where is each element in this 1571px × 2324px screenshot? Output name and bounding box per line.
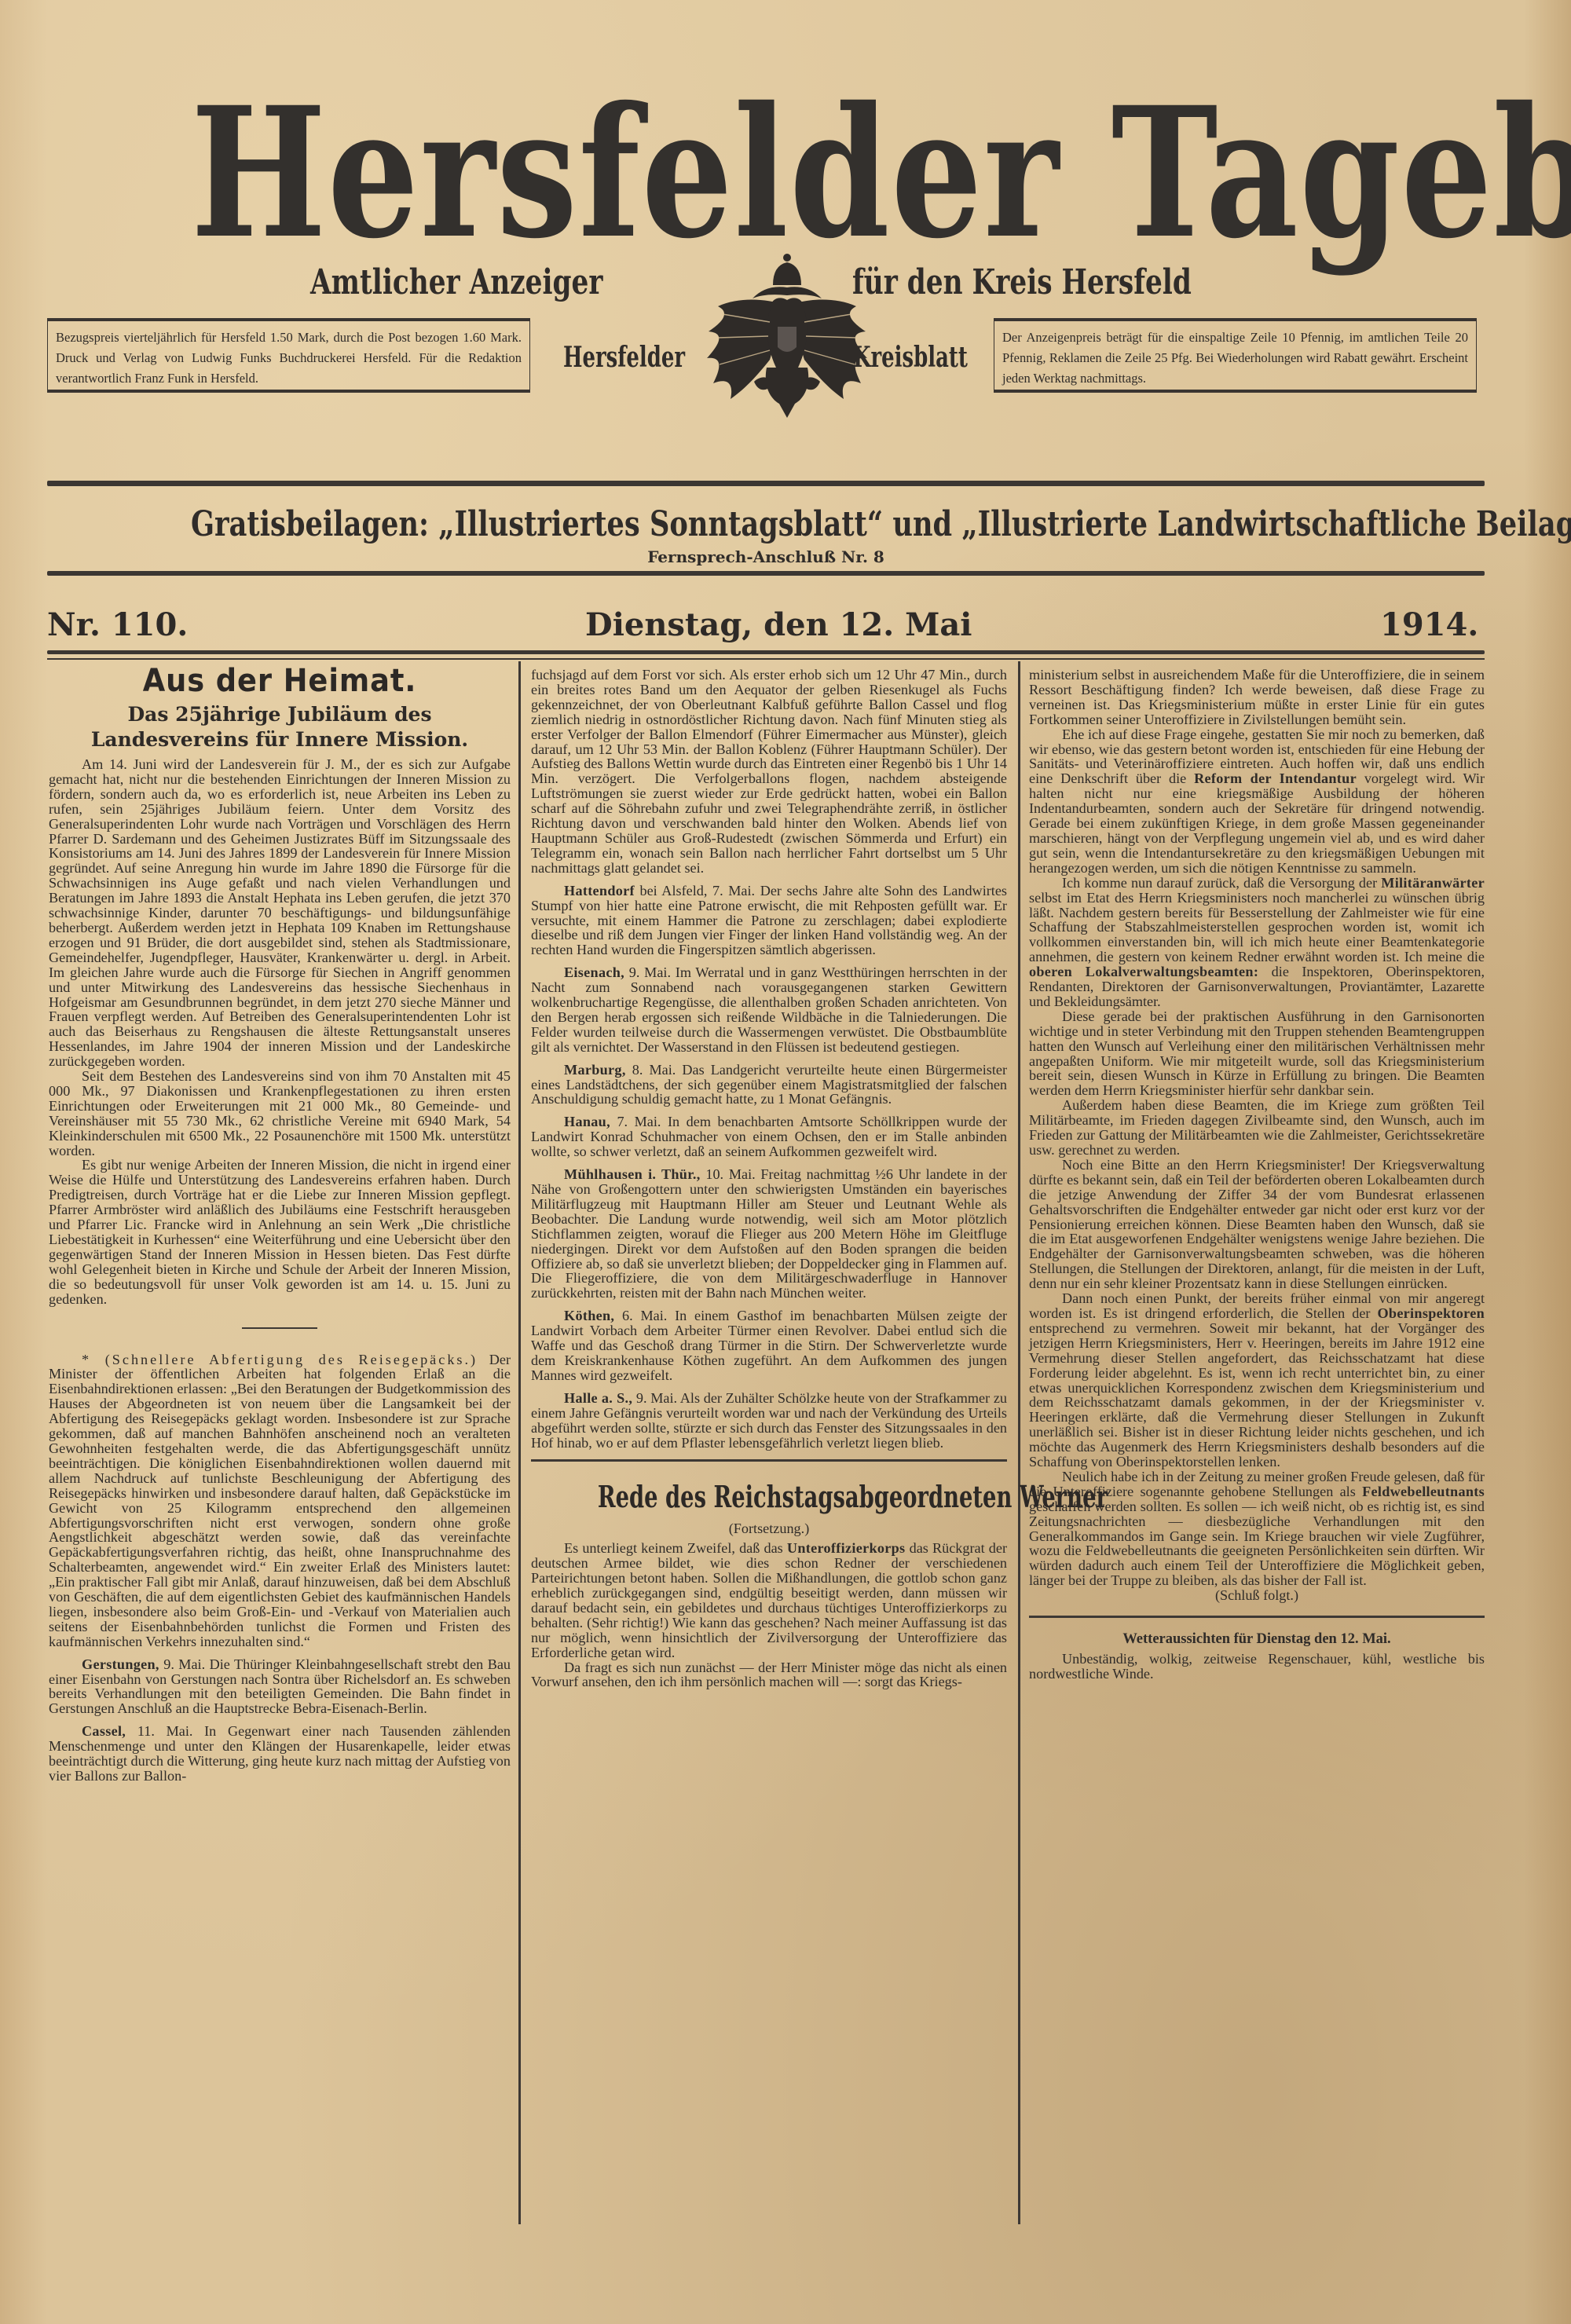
speech-paragraph: Noch eine Bitte an den Herrn Kriegsminis… xyxy=(1029,1158,1485,1291)
news-item: Cassel, 11. Mai. In Gegenwart einer nach… xyxy=(49,1724,511,1784)
news-date: 9. Mai. xyxy=(163,1656,205,1672)
continuation-note: (Schluß folgt.) xyxy=(1029,1588,1485,1603)
news-place: Marburg, xyxy=(564,1062,626,1078)
news-place: Halle a. S., xyxy=(564,1390,632,1406)
newspaper-title: Hersfelder Tageblatt xyxy=(191,75,1341,271)
section-separator xyxy=(531,1459,1007,1462)
side-label-left: Hersfelder xyxy=(563,330,685,385)
speech-paragraph: Dann noch einen Punkt, der bereits frühe… xyxy=(1029,1291,1485,1469)
news-place: Hanau, xyxy=(564,1114,610,1129)
news-date: 10. Mai. xyxy=(705,1166,755,1182)
emphasis: Militäranwärter xyxy=(1381,875,1485,891)
emphasis: Reform der Intendantur xyxy=(1194,770,1357,786)
advertising-rates-box: Der Anzeigenpreis beträgt für die einspa… xyxy=(994,318,1477,393)
article-paragraph: Es gibt nur wenige Arbeiten der Inneren … xyxy=(49,1158,511,1306)
masthead-subtitle-right: für den Kreis Hersfeld xyxy=(852,259,1192,306)
news-date: 8. Mai. xyxy=(632,1062,676,1078)
news-date: 9. Mai. xyxy=(629,964,671,980)
dateline-divider xyxy=(47,650,1485,654)
news-item: Hanau, 7. Mai. In dem benachbarten Amtso… xyxy=(531,1114,1007,1159)
emphasis: Unteroffizierkorps xyxy=(787,1540,906,1556)
right-column: ministerium selbst in ausreichendem Maße… xyxy=(1029,668,1485,1682)
news-item: Eisenach, 9. Mai. Im Werratal und in gan… xyxy=(531,965,1007,1054)
speech-paragraph: Diese gerade bei der praktischen Ausführ… xyxy=(1029,1009,1485,1098)
masthead-divider-bottom xyxy=(47,571,1485,576)
article-title: Das 25jährige Jubiläum des Landesvereins… xyxy=(49,702,511,752)
speech-paragraph: Ehe ich auf diese Frage eingehe, gestatt… xyxy=(1029,727,1485,876)
speech-paragraph: Da fragt es sich nun zunächst — der Herr… xyxy=(531,1660,1007,1690)
news-item: Gerstungen, 9. Mai. Die Thüringer Kleinb… xyxy=(49,1657,511,1717)
news-item: Hattendorf bei Alsfeld, 7. Mai. Der sech… xyxy=(531,884,1007,958)
section-heading: Aus der Heimat. xyxy=(68,663,493,699)
notice-paragraph: * (Schnellere Abfertigung des Reisegepäc… xyxy=(49,1352,511,1649)
column-separator-1 xyxy=(518,661,521,2224)
issue-date: Dienstag, den 12. Mai xyxy=(585,605,972,646)
middle-column: fuchsjagd auf dem Forst vor sich. Als er… xyxy=(531,668,1007,1689)
emphasis: Oberinspektoren xyxy=(1377,1305,1485,1321)
speech-paragraph: Neulich habe ich in der Zeitung zu meine… xyxy=(1029,1469,1485,1588)
news-date: 7. Mai. xyxy=(617,1114,661,1129)
news-place: Cassel, xyxy=(82,1723,126,1739)
notice-lead: * (Schnellere Abfertigung des Reisegepäc… xyxy=(82,1352,478,1367)
news-item: Köthen, 6. Mai. In einem Gasthof im bena… xyxy=(531,1308,1007,1383)
issue-year: 1914. xyxy=(1380,605,1478,646)
speech-paragraph: Es unterliegt keinem Zweifel, daß das Un… xyxy=(531,1541,1007,1660)
news-place: Mühlhausen i. Thür., xyxy=(564,1166,701,1182)
speech-title: Rede des Reichstagsabgeordneten Werner xyxy=(598,1476,940,1518)
news-item: Mühlhausen i. Thür., 10. Mai. Freitag na… xyxy=(531,1167,1007,1301)
issue-number: Nr. 110. xyxy=(47,605,188,646)
news-item: Halle a. S., 9. Mai. Als der Zuhälter Sc… xyxy=(531,1391,1007,1451)
continued-article: fuchsjagd auf dem Forst vor sich. Als er… xyxy=(531,668,1007,876)
dateline-divider-thin xyxy=(47,658,1485,660)
news-date: bei Alsfeld, 7. Mai. xyxy=(640,883,756,898)
news-place: Gerstungen, xyxy=(82,1656,159,1672)
article-separator xyxy=(242,1327,317,1329)
speech-paragraph: Ich komme nun darauf zurück, daß die Ver… xyxy=(1029,876,1485,1009)
news-item: Marburg, 8. Mai. Das Landgericht verurte… xyxy=(531,1063,1007,1107)
emphasis: oberen Lokalverwaltungsbeamten: xyxy=(1029,964,1258,979)
subscription-info-box: Bezugspreis vierteljährlich für Hersfeld… xyxy=(47,318,530,393)
column-separator-2 xyxy=(1018,661,1020,2224)
news-date: 11. Mai. xyxy=(137,1723,193,1739)
left-column: Aus der Heimat. Das 25jährige Jubiläum d… xyxy=(49,661,511,1784)
news-date: 9. Mai. xyxy=(636,1390,677,1406)
news-text: Freitag nachmittag ½6 Uhr landete in der… xyxy=(531,1166,1007,1301)
section-separator xyxy=(1029,1616,1485,1618)
speech-subtitle: (Fortsetzung.) xyxy=(531,1521,1007,1536)
article-paragraph: Seit dem Bestehen des Landesvereins sind… xyxy=(49,1069,511,1158)
weather-heading: Wetteraussichten für Dienstag den 12. Ma… xyxy=(1029,1632,1485,1647)
masthead-divider-top xyxy=(47,481,1485,486)
weather-forecast: Unbeständig, wolkig, zeitweise Regenscha… xyxy=(1029,1652,1485,1682)
supplements-banner: Gratisbeilagen: „Illustriertes Sonntagsb… xyxy=(191,503,1341,547)
imperial-eagle-icon xyxy=(691,250,884,423)
masthead-subtitle-left: Amtlicher Anzeiger xyxy=(310,259,602,306)
phone-number: Fernsprech-Anschluß Nr. 8 xyxy=(47,547,1485,566)
speech-paragraph: ministerium selbst in ausreichendem Maße… xyxy=(1029,668,1485,727)
article-paragraph: Am 14. Juni wird der Landesverein für J.… xyxy=(49,757,511,1069)
speech-paragraph: Außerdem haben diese Beamten, die im Kri… xyxy=(1029,1098,1485,1158)
news-place: Hattendorf xyxy=(564,883,635,898)
news-date: 6. Mai. xyxy=(622,1308,667,1323)
notice-body: Der Minister der öffentlichen Arbeiten h… xyxy=(49,1352,511,1649)
news-place: Köthen, xyxy=(564,1308,614,1323)
news-place: Eisenach, xyxy=(564,964,624,980)
emphasis: Feldwebelleutnants xyxy=(1362,1484,1485,1499)
